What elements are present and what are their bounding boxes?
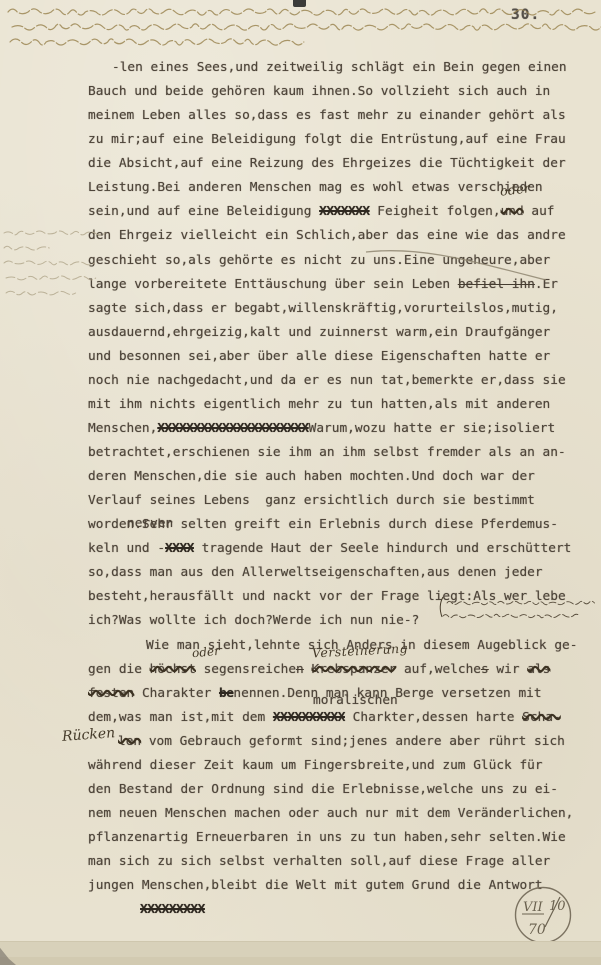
typed-text: betrachtet,erschienen sie ihm an ihm sel… (88, 445, 566, 460)
typed-text: man sich zu sich selbst verhalten soll,a… (88, 854, 550, 869)
left-margin-pencil-note (6, 276, 96, 280)
typed-line: noch nie nachgedacht,und da er es nun ta… (88, 369, 588, 393)
typed-text: geschieht so,als gehörte es nicht zu uns… (88, 253, 550, 268)
typed-line: sagte sich,dass er begabt,willenskräftig… (88, 297, 588, 321)
typed-line: keln und -XXXX tragende Haut der Seele h… (88, 537, 588, 561)
typed-text: sagte sich,dass er begabt,willenskräftig… (88, 301, 558, 316)
typed-text: keln und - (88, 541, 165, 556)
typed-text: dem,was man ist,mit dem (88, 710, 273, 725)
typed-line: mit ihm nichts eigentlich mehr zu tun ha… (88, 393, 588, 417)
typed-line: len vom Gebrauch geformt sind;jenes ande… (88, 730, 588, 754)
left-margin-pencil-note (6, 291, 76, 295)
typed-line: XXXXXXXXX (88, 898, 588, 922)
typed-text: Menschen, (88, 421, 157, 436)
top-margin-scribble (10, 39, 304, 45)
struck-text: n (296, 662, 304, 677)
typed-text: nem neuen Menschen machen oder auch nur … (88, 806, 573, 821)
typed-text: noch nie nachgedacht,und da er es nun ta… (88, 373, 566, 388)
typed-text: segensreiche (196, 662, 296, 677)
typed-text: Warum,wozu hatte er sie;isoliert (309, 421, 556, 436)
typed-line: gen die höchst segensreichen Krebspanzer… (88, 658, 588, 682)
typed-text: ausdauernd,ehrgeizig,kalt und zuinnerst … (88, 325, 550, 340)
typed-text: Leistung.Bei anderen Menschen mag es woh… (88, 180, 543, 195)
typed-text: auf (524, 204, 555, 219)
struck-text: und (501, 204, 524, 219)
typed-line: und besonnen sei,aber über alle diese Ei… (88, 345, 588, 369)
page-number: 30. (511, 7, 540, 23)
typed-insertion-nerven: nerven (127, 516, 173, 531)
typed-text: die Absicht,auf eine Reizung des Ehrgeiz… (88, 156, 566, 171)
typed-insertion-moralischen: moralischen (313, 693, 398, 708)
left-margin-pencil-note (4, 246, 49, 250)
typed-text: Bauch und beide gehören kaum ihnen.So vo… (88, 84, 550, 99)
typed-line: die Absicht,auf eine Reizung des Ehrgeiz… (88, 152, 588, 176)
typed-text: den Ehrgeiz vielleicht ein Schlich,aber … (88, 228, 566, 243)
typed-text: lange vorbereitete Enttäuschung über sei… (88, 277, 458, 292)
typed-line: -len eines Sees,und zeitweilig schlägt e… (88, 56, 588, 80)
typed-x-overstrike: XXXX (165, 541, 194, 556)
typed-line: geschieht so,als gehörte es nicht zu uns… (88, 249, 588, 273)
typed-line: den Ehrgeiz vielleicht ein Schlich,aber … (88, 224, 588, 248)
typed-text: pflanzenartig Erneuerbaren in uns zu tun… (88, 830, 566, 845)
typed-line: man sich zu sich selbst verhalten soll,a… (88, 850, 588, 874)
handwritten-correction-oder-2: oder (191, 644, 220, 660)
typed-text: und besonnen sei,aber über alle diese Ei… (88, 349, 550, 364)
typed-text: -len eines Sees,und zeitweilig schlägt e… (112, 60, 567, 75)
typed-line: dem,was man ist,mit dem XXXXXXXXXX Chark… (88, 706, 588, 730)
struck-text: len (118, 734, 141, 749)
typed-line: jungen Menschen,bleibt die Welt mit gute… (88, 874, 588, 898)
typed-line: Verlauf seines Lebens ganz ersichtlich d… (88, 489, 588, 513)
typed-text: vom Gebrauch geformt sind;jenes andere a… (141, 734, 565, 749)
typed-text: gen die (88, 662, 150, 677)
typed-line: meinem Leben alles so,dass es fast mehr … (88, 104, 588, 128)
typed-text: wir (489, 662, 528, 677)
typed-text: besteht,herausfällt und nackt vor der Fr… (88, 589, 566, 604)
typed-text: ich?Was wollte ich doch?Werde ich nun ni… (88, 613, 419, 628)
left-margin-pencil-note (4, 261, 94, 265)
struck-text: festen (88, 686, 134, 701)
typed-text: deren Menschen,die sie auch haben mochte… (88, 469, 535, 484)
typed-text: Charakter (134, 686, 219, 701)
typed-text: tragende Haut der Seele hindurch und ers… (194, 541, 572, 556)
typed-text: Verlauf seines Lebens ganz ersichtlich d… (88, 493, 535, 508)
typed-text: meinem Leben alles so,dass es fast mehr … (88, 108, 566, 123)
typed-line: ich?Was wollte ich doch?Werde ich nun ni… (88, 609, 588, 633)
struck-text: Scha- (522, 710, 561, 725)
typed-text: jungen Menschen,bleibt die Welt mit gute… (88, 878, 543, 893)
typed-x-overstrike: XXXXXXXXXXXXXXXXXXXXX (157, 421, 308, 436)
manuscript-page: 30. -len eines Sees,und zeitweilig schlä… (0, 0, 601, 965)
top-margin-scribble (12, 24, 601, 30)
typed-line: betrachtet,erschienen sie ihm an ihm sel… (88, 441, 588, 465)
typed-x-overstrike: XXXXXXX (319, 204, 369, 219)
struck-text: s (481, 662, 489, 677)
typed-line: den Bestand der Ordnung sind die Erlebni… (88, 778, 588, 802)
typed-text: so,dass man aus den Allerweltseigenschaf… (88, 565, 543, 580)
typed-text: .Er (535, 277, 558, 292)
scan-binding-notch (293, 0, 306, 7)
typed-line: deren Menschen,die sie auch haben mochte… (88, 465, 588, 489)
typed-text: zu mir;auf eine Beleidigung folgt die En… (88, 132, 566, 147)
typed-line: pflanzenartig Erneuerbaren in uns zu tun… (88, 826, 588, 850)
struck-text: höchst (150, 662, 196, 677)
struck-text: Krebspanzer (311, 662, 396, 677)
typed-line: besteht,herausfällt und nackt vor der Fr… (88, 585, 588, 609)
top-margin-scribble (8, 9, 595, 15)
typed-text: Feigheit folgen, (370, 204, 501, 219)
typed-line: Menschen,XXXXXXXXXXXXXXXXXXXXXWarum,wozu… (88, 417, 588, 441)
typed-line: während dieser Zeit kaum um Fingersbreit… (88, 754, 588, 778)
struck-text: als (527, 662, 550, 677)
typed-line: ausdauernd,ehrgeizig,kalt und zuinnerst … (88, 321, 588, 345)
typed-text: während dieser Zeit kaum um Fingersbreit… (88, 758, 543, 773)
stamp-lower: 70 (528, 922, 546, 938)
typed-line: lange vorbereitete Enttäuschung über sei… (88, 273, 588, 297)
struck-text: befiel ihn (458, 277, 535, 292)
typed-text: den Bestand der Ordnung sind die Erlebni… (88, 782, 558, 797)
typed-text: sein,und auf eine Beleidigung (88, 204, 319, 219)
typed-line: zu mir;auf eine Beleidigung folgt die En… (88, 128, 588, 152)
typed-x-overstrike: XXXXXXXXXX (273, 710, 345, 725)
typed-text: mit ihm nichts eigentlich mehr zu tun ha… (88, 397, 550, 412)
typed-text: auf,welche (396, 662, 481, 677)
typed-line: so,dass man aus den Allerweltseigenschaf… (88, 561, 588, 585)
typed-x-overstrike: XXXXXXXXX (140, 902, 205, 917)
scan-bottom-band-edge (0, 957, 601, 965)
typed-x-overstrike: be (219, 686, 233, 701)
typed-line: nem neuen Menschen machen oder auch nur … (88, 802, 588, 826)
typed-text: Charkter,dessen harte (345, 710, 522, 725)
typed-line: sein,und auf eine Beleidigung XXXXXXX Fe… (88, 200, 588, 224)
typed-line: Bauch und beide gehören kaum ihnen.So vo… (88, 80, 588, 104)
